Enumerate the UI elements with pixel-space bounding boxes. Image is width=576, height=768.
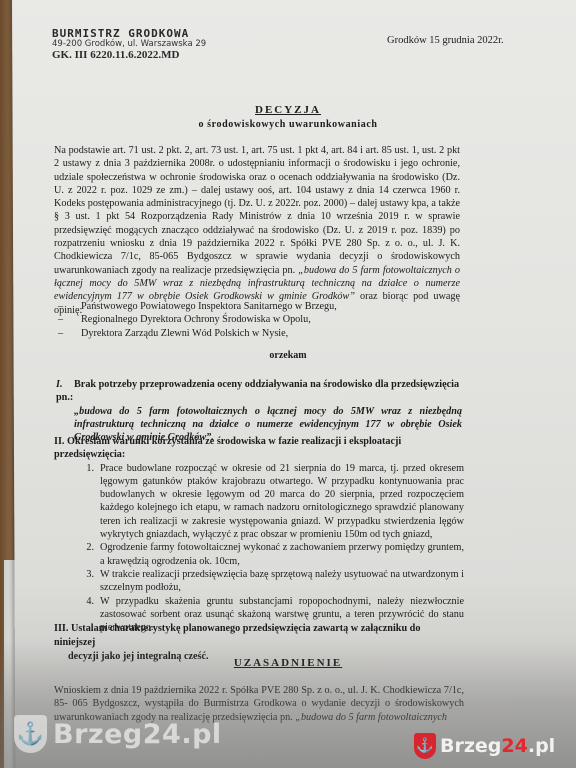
section-heading: III. Ustalam charakterystykę planowanego… xyxy=(54,623,420,648)
logo-suffix: .pl xyxy=(528,735,555,757)
section-heading: II. Określam warunki korzystania ze środ… xyxy=(54,435,464,462)
logo-accent: 24 xyxy=(501,735,527,757)
item-text: W trakcie realizacji przedsięwzięcia baz… xyxy=(100,568,464,595)
item-text: Prace budowlane rozpocząć w okresie od 2… xyxy=(100,462,464,542)
item-number: 1. xyxy=(54,462,100,542)
stamp-office: BURMISTRZ GRODKOWA xyxy=(52,28,206,39)
dash-bullet: – xyxy=(58,327,81,340)
opinion-text: Regionalnego Dyrektora Ochrony Środowisk… xyxy=(81,313,311,326)
opinion-text: Państwowego Powiatowego Inspektora Sanit… xyxy=(81,300,337,313)
document-title: DECYZJA xyxy=(0,104,576,116)
opinion-item: –Dyrektora Zarządu Zlewni Wód Polskich w… xyxy=(58,327,337,340)
watermark-right-logo[interactable]: ⚓ Brzeg24.pl xyxy=(414,733,555,759)
opinion-item: –Państwowego Powiatowego Inspektora Sani… xyxy=(58,300,337,313)
watermark-left: ⚓ Brzeg24.pl xyxy=(14,715,222,753)
logo-text: Brzeg24.pl xyxy=(440,735,555,757)
brzeg-crest-icon: ⚓ xyxy=(14,715,47,753)
section-2: II. Określam warunki korzystania ze środ… xyxy=(54,435,464,634)
document-subtitle: o środowiskowych uwarunkowaniach xyxy=(0,119,576,130)
condition-item: 3.W trakcie realizacji przedsięwzięcia b… xyxy=(54,568,464,595)
justification-title-text: UZASADNIENIE xyxy=(234,657,342,669)
watermark-text: Brzeg24.pl xyxy=(53,719,222,750)
document-date: Grodków 15 grudnia 2022r. xyxy=(387,35,504,46)
legal-basis-text: Na podstawie art. 71 ust. 2 pkt. 2, art.… xyxy=(54,145,460,276)
conditions-list: 1.Prace budowlane rozpocząć w okresie od… xyxy=(54,462,464,635)
justification-project-name: „budowa do 5 farm fotowoltaicznych xyxy=(295,712,447,723)
brzeg-crest-icon: ⚓ xyxy=(414,733,436,759)
opinions-list: –Państwowego Powiatowego Inspektora Sani… xyxy=(58,300,337,340)
legal-basis-paragraph: Na podstawie art. 71 ust. 2 pkt. 2, art.… xyxy=(54,144,460,317)
ruling-heading: orzekam xyxy=(0,350,576,361)
opinion-item: –Regionalnego Dyrektora Ochrony Środowis… xyxy=(58,313,337,326)
dash-bullet: – xyxy=(58,300,81,313)
logo-prefix: Brzeg xyxy=(440,735,501,757)
item-text: Ogrodzenie farmy fotowoltaicznej wykonać… xyxy=(100,541,464,568)
item-number: 2. xyxy=(54,541,100,568)
condition-item: 2.Ogrodzenie farmy fotowoltaicznej wykon… xyxy=(54,541,464,568)
reference-number: GK. III 6220.11.6.2022.MD xyxy=(52,50,206,61)
item-number: 3. xyxy=(54,568,100,595)
section-heading: Brak potrzeby przeprowadzenia oceny oddz… xyxy=(56,379,459,403)
opinion-text: Dyrektora Zarządu Zlewni Wód Polskich w … xyxy=(81,327,288,340)
title-text: DECYZJA xyxy=(255,104,321,116)
condition-item: 1.Prace budowlane rozpocząć w okresie od… xyxy=(54,462,464,542)
section-number: I. xyxy=(56,378,74,391)
office-stamp: BURMISTRZ GRODKOWA 49-200 Grodków, ul. W… xyxy=(52,28,206,61)
dash-bullet: – xyxy=(58,313,81,326)
justification-title: UZASADNIENIE xyxy=(0,657,576,669)
